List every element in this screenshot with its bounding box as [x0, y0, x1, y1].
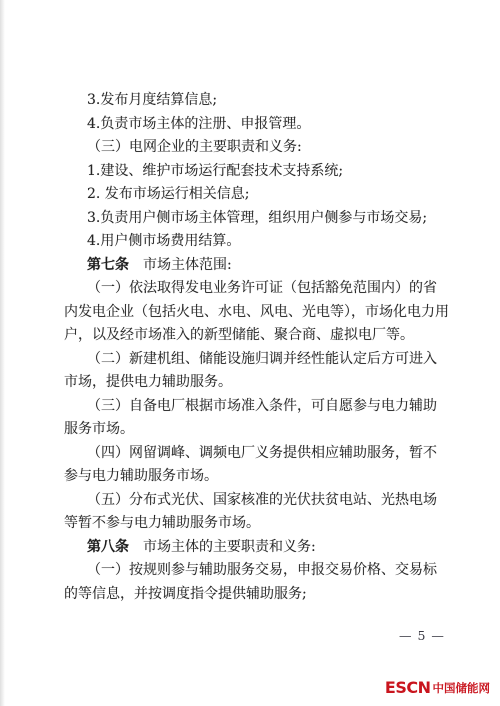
line-text: 参与电力辅助服务市场。 — [64, 468, 218, 484]
line-text: 等暂不参与电力辅助服务市场。 — [64, 515, 260, 531]
document-line: 4.负责市场主体的注册、申报管理。 — [64, 113, 446, 137]
document-line: 3.负责用户侧市场主体管理，组织用户侧参与市场交易; — [64, 207, 446, 231]
document-line: 参与电力辅助服务市场。 — [64, 465, 446, 489]
document-line: （二）新建机组、储能设施归调并经性能认定后方可进入 — [64, 348, 446, 372]
document-page: 3.发布月度结算信息;4.负责市场主体的注册、申报管理。（三）电网企业的主要职责… — [0, 0, 500, 706]
document-line: （一）按规则参与辅助服务交易，申报交易价格、交易标 — [64, 559, 446, 583]
document-line: 户，以及经市场准入的新型储能、聚合商、虚拟电厂等。 — [64, 324, 446, 348]
document-line: 等暂不参与电力辅助服务市场。 — [64, 512, 446, 536]
line-text: 的等信息，并按调度指令提供辅助服务; — [64, 586, 307, 602]
line-text: （四）网留调峰、调频电厂义务提供相应辅助服务，暂不 — [87, 445, 437, 461]
line-text: 市场，提供电力辅助服务。 — [64, 374, 232, 390]
document-line: 3.发布月度结算信息; — [64, 89, 446, 113]
scan-edge-shadow — [0, 0, 5, 706]
document-line: 1.建设、维护市场运行配套技术支持系统; — [64, 160, 446, 184]
line-text: 服务市场。 — [64, 421, 134, 437]
line-text: （五）分布式光伏、国家核准的光伏扶贫电站、光热电场 — [87, 492, 437, 508]
line-text: （三）电网企业的主要职责和义务: — [87, 139, 302, 155]
line-text: （三）自备电厂根据市场准入条件，可自愿参与电力辅助 — [87, 398, 437, 414]
escn-logo-latin-text: ESCN — [385, 678, 431, 697]
document-line: 4.用户侧市场费用结算。 — [64, 230, 446, 254]
document-line: （三）电网企业的主要职责和义务: — [64, 136, 446, 160]
line-text: 4.负责市场主体的注册、申报管理。 — [87, 116, 310, 132]
line-text: 3.发布月度结算信息; — [87, 92, 217, 108]
line-text: （一）依法取得发电业务许可证（包括豁免范围内）的省 — [87, 280, 437, 296]
line-text: 4.用户侧市场费用结算。 — [87, 233, 240, 249]
document-line: 第七条 市场主体范围: — [64, 254, 446, 278]
document-line: 市场，提供电力辅助服务。 — [64, 371, 446, 395]
article-number: 第七条 — [87, 257, 129, 273]
article-number: 第八条 — [87, 539, 129, 555]
line-text: 内发电企业（包括火电、水电、风电、光电等），市场化电力用 — [64, 304, 449, 320]
document-line: 内发电企业（包括火电、水电、风电、光电等），市场化电力用 — [64, 301, 446, 325]
line-text: 市场主体范围: — [129, 257, 232, 273]
page-number: — 5 — — [399, 628, 445, 643]
line-text: （一）按规则参与辅助服务交易，申报交易价格、交易标 — [87, 562, 437, 578]
escn-watermark-logo: ESCN中国储能网 — [385, 678, 490, 697]
document-line: （五）分布式光伏、国家核准的光伏扶贫电站、光热电场 — [64, 489, 446, 513]
line-text: （二）新建机组、储能设施归调并经性能认定后方可进入 — [87, 351, 437, 367]
document-line: （三）自备电厂根据市场准入条件，可自愿参与电力辅助 — [64, 395, 446, 419]
document-line: 的等信息，并按调度指令提供辅助服务; — [64, 583, 446, 607]
document-body: 3.发布月度结算信息;4.负责市场主体的注册、申报管理。（三）电网企业的主要职责… — [64, 89, 446, 606]
document-line: 服务市场。 — [64, 418, 446, 442]
document-line: 2. 发布市场运行相关信息; — [64, 183, 446, 207]
line-text: 2. 发布市场运行相关信息; — [87, 186, 250, 202]
line-text: 1.建设、维护市场运行配套技术支持系统; — [87, 163, 343, 179]
line-text: 3.负责用户侧市场主体管理，组织用户侧参与市场交易; — [87, 210, 427, 226]
document-line: （四）网留调峰、调频电厂义务提供相应辅助服务，暂不 — [64, 442, 446, 466]
escn-logo-chinese-text: 中国储能网 — [433, 681, 491, 695]
line-text: 市场主体的主要职责和义务: — [129, 539, 316, 555]
document-line: （一）依法取得发电业务许可证（包括豁免范围内）的省 — [64, 277, 446, 301]
line-text: 户，以及经市场准入的新型储能、聚合商、虚拟电厂等。 — [64, 327, 414, 343]
document-line: 第八条 市场主体的主要职责和义务: — [64, 536, 446, 560]
